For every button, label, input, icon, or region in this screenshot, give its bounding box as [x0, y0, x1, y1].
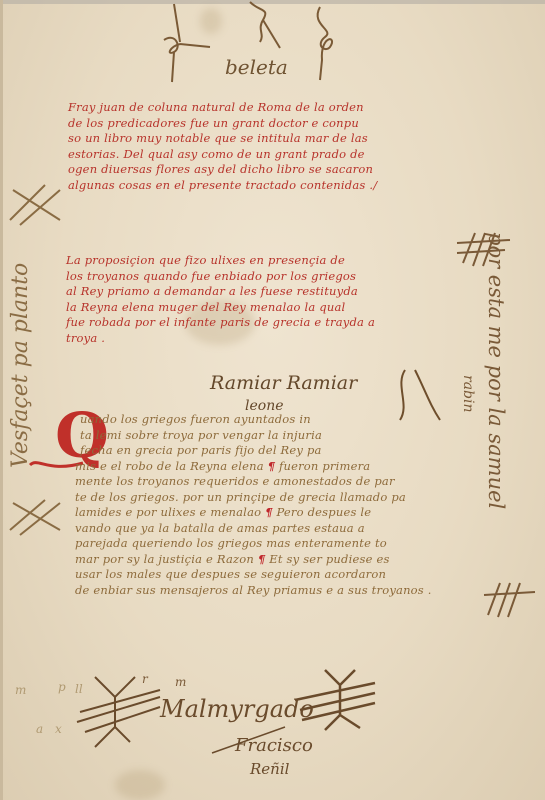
- text-line: de enbiar sus mensajeros al Rey priamus …: [75, 583, 432, 599]
- text-line: La proposiçion que fizo ulixes en presen…: [66, 253, 375, 269]
- heading-ornament-right-icon: [300, 5, 360, 85]
- text-line: uando los griegos fueron ayuntados in: [80, 412, 432, 428]
- faint-letter: a: [36, 722, 43, 736]
- text-line: mar por sy la justiçia e Razon ¶ Et sy s…: [75, 552, 432, 568]
- text-line: troya .: [66, 331, 375, 347]
- faint-letter: x: [55, 722, 62, 736]
- signature-glyph-left-icon: [75, 672, 165, 757]
- heading-ornament-left-icon: [160, 2, 220, 92]
- faint-letter: m: [175, 675, 186, 689]
- text-line: los troyanos quando fue enbiado por los …: [66, 269, 375, 285]
- text-line: la Reyna elena muger del Rey menalao la …: [66, 300, 375, 316]
- heading-ornament-center-icon: [235, 0, 295, 50]
- text-line: te de los griegos. por un prinçipe de gr…: [75, 490, 432, 506]
- left-margin-note: Vesfaçet pa planto: [8, 200, 48, 530]
- text-line: de los predicadores fue un grant doctor …: [68, 116, 377, 132]
- text-line: ta lemi sobre troya por vengar la injuri…: [80, 428, 432, 444]
- text-line: lamides e por ulixes e menalao ¶ Pero de…: [75, 505, 432, 521]
- text-line: algunas cosas en el presente tractado co…: [68, 178, 377, 194]
- manuscript-page: beleta Fray juan de coluna natural de Ro…: [0, 0, 545, 800]
- text-line: estorias. Del qual asy como de un grant …: [68, 147, 377, 163]
- margin-cross-hatch-icon: [480, 575, 540, 620]
- margin-cross-hatch-icon: [5, 495, 65, 540]
- bottom-signature-sub: Reñil: [250, 760, 289, 778]
- rubric-paragraph: La proposiçion que fizo ulixes en presen…: [66, 253, 375, 346]
- faint-letter: p: [58, 680, 66, 694]
- page-left-edge: [0, 0, 3, 800]
- signature-mid: Ramiar Ramiar: [210, 372, 357, 394]
- pilcrow-icon: ¶: [265, 505, 273, 519]
- text-line: fue robada por el infante paris de greci…: [66, 315, 375, 331]
- right-margin-note-small: rabin: [450, 375, 476, 445]
- stain: [115, 770, 165, 800]
- text-line: mis e el robo de la Reyna elena ¶ fueron…: [75, 459, 432, 475]
- text-line: so un libro muy notable que se intitula …: [68, 131, 377, 147]
- text-line: parejada queriendo los griegos mas enter…: [75, 536, 432, 552]
- text-line: al Rey priamo a demandar a les fuese res…: [66, 284, 375, 300]
- body-paragraph: uando los griegos fueron ayuntados in ta…: [80, 412, 432, 598]
- page-heading: beleta: [225, 55, 288, 79]
- text-line: Fray juan de coluna natural de Roma de l…: [68, 100, 377, 116]
- signature-glyph-right-icon: [290, 665, 380, 740]
- pilcrow-icon: ¶: [268, 459, 276, 473]
- text-line: mente los troyanos requeridos e amonesta…: [75, 474, 432, 490]
- prologue-paragraph: Fray juan de coluna natural de Roma de l…: [68, 100, 377, 193]
- text-line: usar los males que despues se seguieron …: [75, 567, 432, 583]
- pilcrow-icon: ¶: [258, 552, 266, 566]
- faint-letter: m: [15, 683, 26, 697]
- text-line: ogen diuersas flores asy del dicho libro…: [68, 162, 377, 178]
- bottom-signature-name: Fracisco: [235, 735, 313, 756]
- text-line: vando que ya la batalla de amas partes e…: [75, 521, 432, 537]
- text-line: fecha en grecia por paris fijo del Rey p…: [80, 443, 432, 459]
